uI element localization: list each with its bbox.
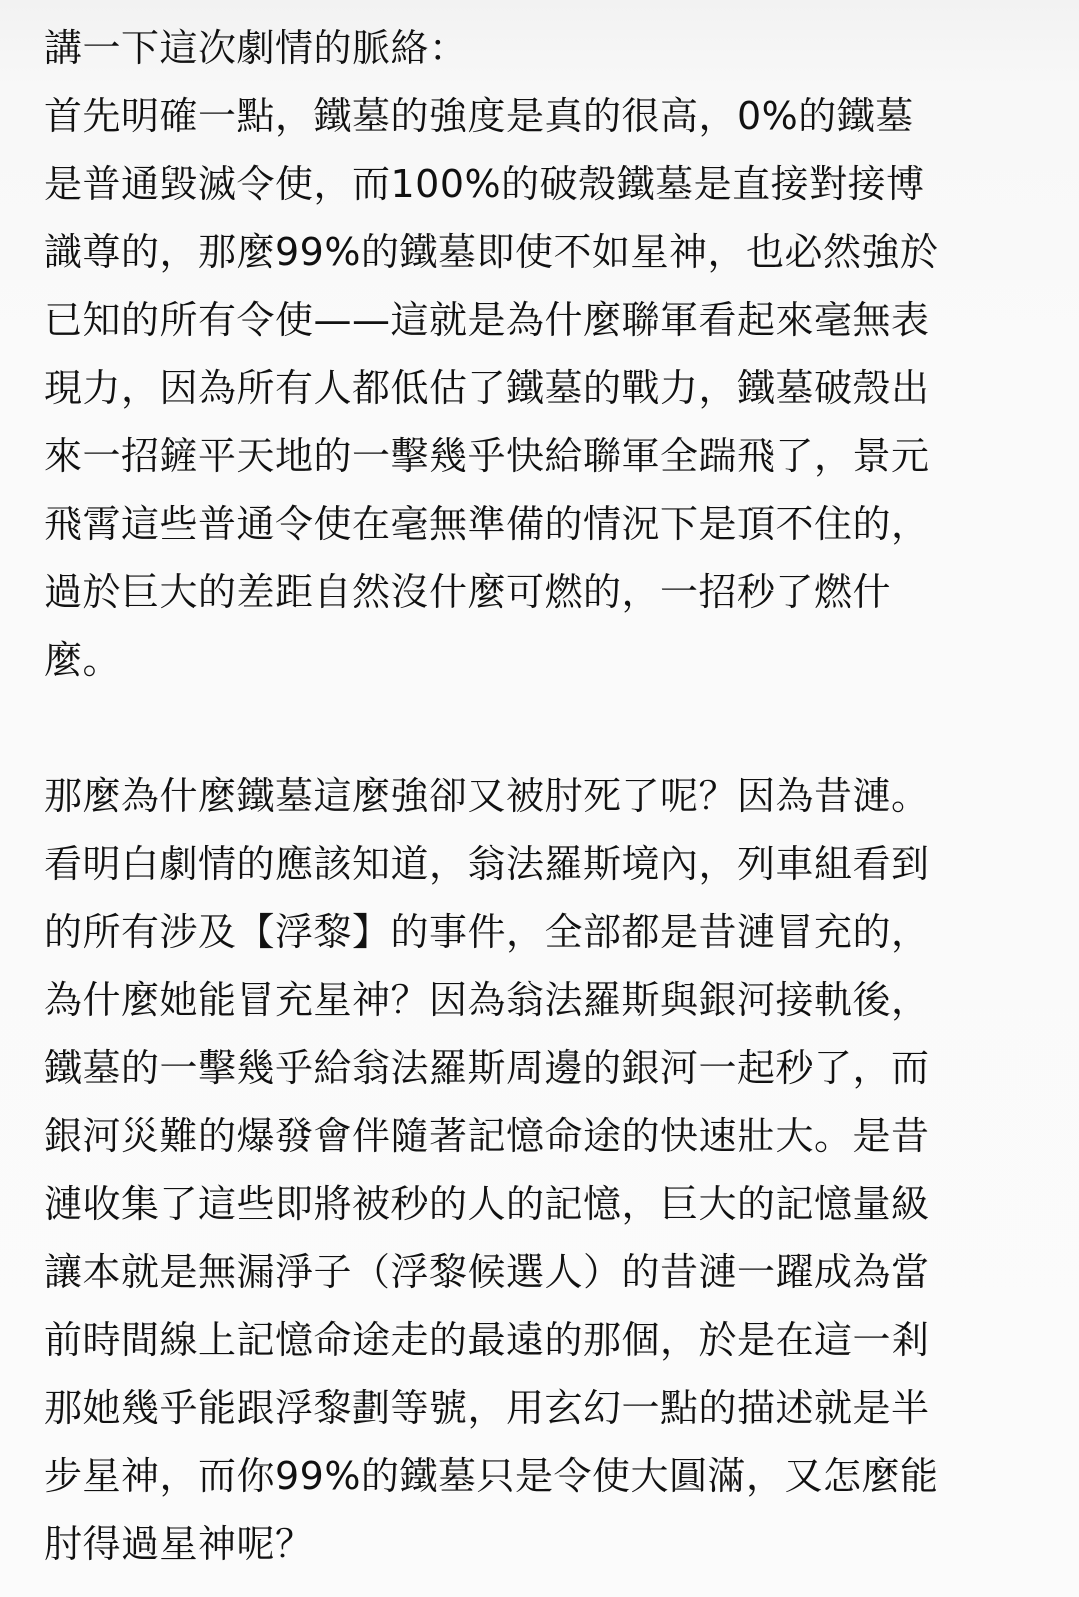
text-line: 現力，因為所有人都低估了鐵墓的戰力，鐵墓破殼出 [44, 354, 1044, 422]
text-line: 來一招鏟平天地的一擊幾乎快給聯軍全踹飛了，景元 [44, 422, 1044, 490]
text-line: 讓本就是無漏淨子（浮黎候選人）的昔漣一躍成為當 [44, 1238, 1044, 1306]
text-line: 鐵墓的一擊幾乎給翁法羅斯周邊的銀河一起秒了，而 [44, 1034, 1044, 1102]
text-line: 看明白劇情的應該知道，翁法羅斯境內，列車組看到 [44, 830, 1044, 898]
paragraph-spacer [44, 694, 1044, 762]
text-line: 肘得過星神呢？ [44, 1510, 1044, 1578]
text-line: 漣收集了這些即將被秒的人的記憶，巨大的記憶量級 [44, 1170, 1044, 1238]
document-body: 講一下這次劇情的脈絡： 首先明確一點，鐵墓的強度是真的很高，0%的鐵墓 是普通毀… [44, 14, 1044, 1578]
text-line: 是普通毀滅令使，而100%的破殼鐵墓是直接對接博 [44, 150, 1044, 218]
paragraph-2: 那麼為什麼鐵墓這麼強卻又被肘死了呢？因為昔漣。 看明白劇情的應該知道，翁法羅斯境… [44, 762, 1044, 1578]
paragraph-1: 講一下這次劇情的脈絡： 首先明確一點，鐵墓的強度是真的很高，0%的鐵墓 是普通毀… [44, 14, 1044, 694]
text-line: 首先明確一點，鐵墓的強度是真的很高，0%的鐵墓 [44, 82, 1044, 150]
text-line: 講一下這次劇情的脈絡： [44, 14, 1044, 82]
text-line: 的所有涉及【浮黎】的事件，全部都是昔漣冒充的， [44, 898, 1044, 966]
text-line: 步星神，而你99%的鐵墓只是令使大圓滿，又怎麼能 [44, 1442, 1044, 1510]
text-line: 識尊的，那麼99%的鐵墓即使不如星神，也必然強於 [44, 218, 1044, 286]
text-line: 那她幾乎能跟浮黎劃等號，用玄幻一點的描述就是半 [44, 1374, 1044, 1442]
text-line: 過於巨大的差距自然沒什麼可燃的，一招秒了燃什 [44, 558, 1044, 626]
text-line: 為什麼她能冒充星神？因為翁法羅斯與銀河接軌後， [44, 966, 1044, 1034]
text-line: 那麼為什麼鐵墓這麼強卻又被肘死了呢？因為昔漣。 [44, 762, 1044, 830]
text-line: 飛霄這些普通令使在毫無準備的情況下是頂不住的， [44, 490, 1044, 558]
text-line: 麼。 [44, 626, 1044, 694]
text-line: 前時間線上記憶命途走的最遠的那個，於是在這一剎 [44, 1306, 1044, 1374]
text-line: 銀河災難的爆發會伴隨著記憶命途的快速壯大。是昔 [44, 1102, 1044, 1170]
text-line: 已知的所有令使——這就是為什麼聯軍看起來毫無表 [44, 286, 1044, 354]
